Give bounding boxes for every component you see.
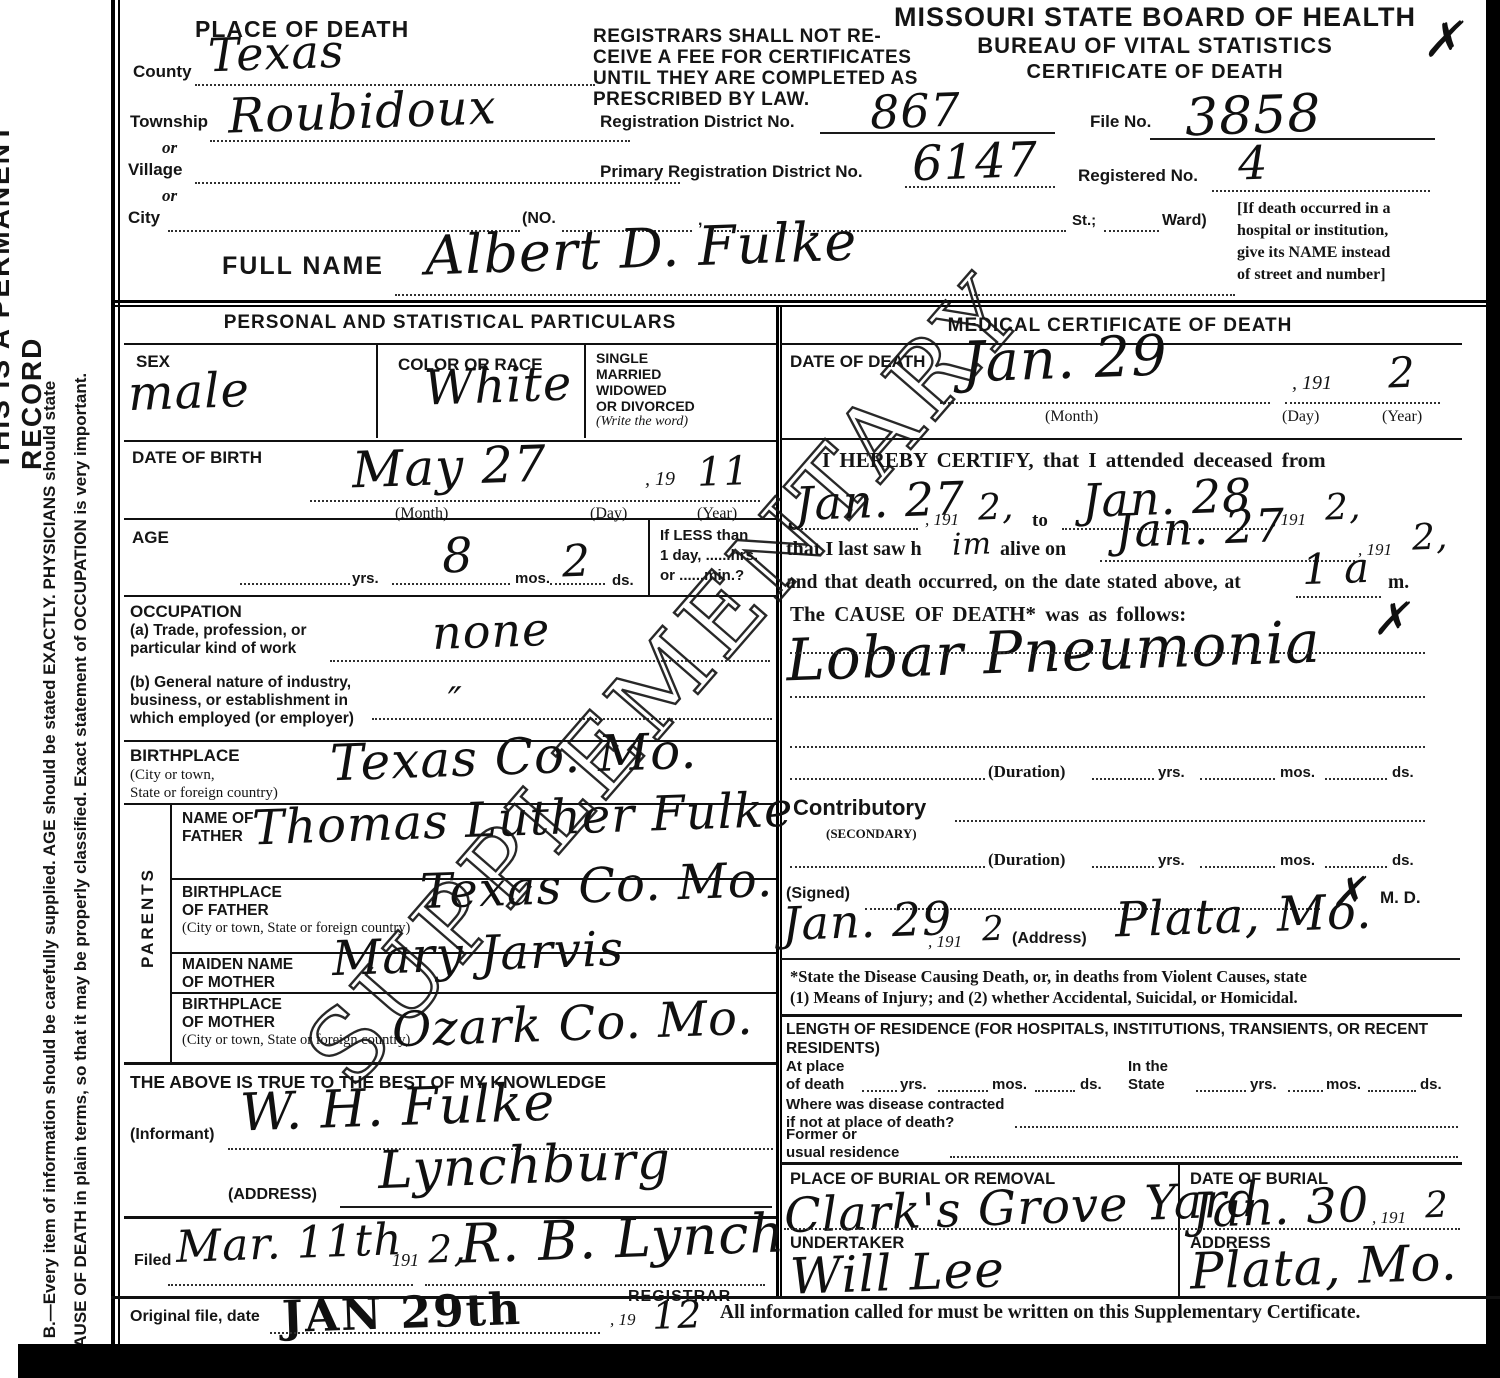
- primary-district-label: Primary Registration District No.: [600, 162, 863, 182]
- atplace-mos-line: [938, 1090, 988, 1092]
- or-label-1: or: [162, 138, 177, 158]
- age-label: AGE: [132, 528, 169, 548]
- signed-address-line: [781, 958, 1460, 960]
- township-value: Roubidoux: [227, 83, 497, 140]
- occupation-b-label: (b) General nature of industry, business…: [130, 674, 354, 728]
- left-double-border: [111, 0, 120, 1344]
- contracted-line: [1015, 1126, 1458, 1128]
- full-name-line: [395, 294, 1235, 296]
- township-line: [210, 140, 630, 142]
- date-of-death-label: DATE OF DEATH: [790, 352, 925, 372]
- signed-address-value: Plata, Mo.: [1114, 888, 1373, 945]
- dob-line: [310, 500, 760, 502]
- death-time-value: 1 a: [1301, 547, 1371, 591]
- rule-burial-top: [781, 1162, 1462, 1165]
- header-separator-rule: [111, 300, 1486, 307]
- at-place-label: At place of death: [786, 1058, 844, 1094]
- margin-note-line2: CAUSE OF DEATH in plain terms, so that i…: [65, 35, 96, 1360]
- certificate-title: CERTIFICATE OF DEATH: [880, 61, 1430, 84]
- county-label: County: [133, 62, 192, 82]
- age-ds-value: 2: [561, 540, 592, 585]
- dod-year-line: [1285, 402, 1440, 404]
- ward-label: Ward): [1162, 212, 1207, 230]
- burial-place-value: Clark's Grove Yard: [783, 1176, 1259, 1241]
- color-marital-divider: [584, 345, 586, 438]
- duration2-yrs-label: yrs.: [1158, 852, 1185, 869]
- village-label: Village: [128, 160, 183, 180]
- cause-check-mark: ✗: [1371, 597, 1410, 642]
- village-line: [195, 182, 680, 184]
- age-mos-value: 8: [441, 531, 474, 580]
- full-name-value: Albert D. Fulke: [424, 214, 858, 283]
- primary-district-value: 6147: [911, 136, 1039, 188]
- registered-no-label: Registered No.: [1078, 166, 1198, 186]
- duration1-yrs-label: yrs.: [1158, 764, 1185, 781]
- duration1-label: (Duration): [988, 762, 1065, 782]
- file-no-line: [1150, 138, 1435, 140]
- dob-year-hw: 11: [696, 451, 750, 493]
- burial-year-hw: 2: [1424, 1188, 1449, 1225]
- last-saw-value: Jan. 27: [1114, 502, 1286, 554]
- md-label: M. D.: [1380, 888, 1421, 908]
- atplace-yrs-label: yrs.: [900, 1076, 927, 1093]
- atplace-ds-label: ds.: [1080, 1076, 1102, 1093]
- filed-line: [168, 1284, 413, 1286]
- bureau-title: BUREAU OF VITAL STATISTICS: [880, 33, 1430, 59]
- signed-address-label: (Address): [1012, 930, 1087, 948]
- undertaker-address-value: Plata, Mo.: [1189, 1237, 1458, 1296]
- m-label: m.: [1388, 572, 1409, 594]
- instate-ds-line: [1368, 1090, 1416, 1092]
- township-label: Township: [130, 112, 208, 132]
- marital-status-label: SINGLE MARRIED WIDOWED OR DIVORCED: [596, 350, 695, 414]
- duration2-ds-label: ds.: [1392, 852, 1414, 869]
- death-certificate-page: THIS IS A PERMANENT RECORD N. B.—Every i…: [0, 0, 1500, 1378]
- father-birthplace-label: BIRTHPLACE OF FATHER: [182, 884, 282, 920]
- filed-label: Filed: [134, 1252, 171, 1270]
- secondary-label: (SECONDARY): [826, 826, 917, 842]
- father-name-value: Thomas Luther Fulke: [251, 786, 794, 853]
- registrar-signature: R. B. Lynch: [459, 1206, 786, 1271]
- hospital-instruction-note: [If death occurred in a hospital or inst…: [1237, 198, 1432, 286]
- burial-row-line: [784, 1228, 1460, 1230]
- personal-section-title: PERSONAL AND STATISTICAL PARTICULARS: [130, 312, 770, 334]
- birthplace-label: BIRTHPLACE: [130, 746, 240, 766]
- occupation-a-line: [330, 660, 770, 662]
- primary-district-line: [905, 186, 1055, 188]
- board-title: MISSOURI STATE BOARD OF HEALTH: [880, 2, 1430, 33]
- residence-title: LENGTH OF RESIDENCE (FOR HOSPITALS, INST…: [786, 1020, 1458, 1058]
- age-box-divider: [648, 520, 650, 595]
- instate-yrs-label: yrs.: [1250, 1076, 1277, 1093]
- duration2-label: (Duration): [988, 850, 1065, 870]
- original-year-hw: 12: [651, 1295, 703, 1335]
- occupation-b-value: ″: [447, 682, 464, 721]
- filed-year-printed: 191: [392, 1250, 419, 1271]
- rule-truth-top: [124, 1062, 776, 1065]
- instate-ds-label: ds.: [1420, 1076, 1442, 1093]
- occupation-a-value: none: [431, 606, 551, 656]
- original-year-printed: , 19: [610, 1310, 636, 1330]
- informant-value: W. H. Fulke: [239, 1077, 556, 1140]
- rule-age-top: [124, 518, 776, 520]
- duration1-ds-label: ds.: [1392, 764, 1414, 781]
- birthplace-sub-label: (City or town, State or foreign country): [130, 766, 278, 802]
- signed-year-printed: , 191: [928, 932, 962, 952]
- dod-year-printed: , 191: [1292, 372, 1332, 395]
- city-label: City: [128, 208, 160, 228]
- duration2-yrs-line: [1092, 866, 1154, 868]
- duration1-ds-line: [1325, 778, 1387, 780]
- registered-no-value: 4: [1237, 139, 1269, 186]
- occupation-a-label: (a) Trade, profession, or particular kin…: [130, 622, 307, 658]
- sex-value: male: [127, 366, 250, 418]
- mother-name-value: Mary Jarvis: [331, 925, 624, 983]
- dob-day-caption: (Day): [590, 505, 627, 523]
- registered-no-line: [1212, 190, 1430, 192]
- last-saw-hw: im: [951, 529, 992, 560]
- dob-month-caption: (Month): [395, 505, 448, 523]
- from-year-hw: 2,: [977, 489, 1015, 526]
- age-yrs-line: [240, 583, 350, 585]
- dod-year-caption: (Year): [1382, 408, 1422, 426]
- instate-mos-line: [1288, 1090, 1323, 1092]
- duration2-mos-label: mos.: [1280, 852, 1315, 869]
- color-race-value: White: [423, 359, 573, 412]
- from-line: [790, 528, 918, 530]
- dod-year-hw: 2: [1387, 352, 1416, 395]
- mother-birthplace-label: BIRTHPLACE OF MOTHER: [182, 996, 282, 1032]
- informant-address-label: (ADDRESS): [228, 1186, 317, 1204]
- burial-year-printed: , 191: [1372, 1208, 1406, 1228]
- instate-yrs-line: [1196, 1090, 1246, 1092]
- duration1-lead-line: [790, 778, 985, 780]
- last-saw-post: alive on: [1000, 538, 1066, 561]
- ward-line: [1104, 230, 1159, 232]
- cause-line-1: [790, 652, 1425, 654]
- atplace-yrs-line: [862, 1090, 897, 1092]
- age-mos-label: mos.: [515, 570, 550, 587]
- dob-value: May 27: [351, 439, 547, 496]
- burial-date-value: Jan. 30: [1191, 1181, 1370, 1235]
- atplace-ds-line: [1035, 1090, 1075, 1092]
- informant-label: (Informant): [130, 1126, 214, 1144]
- dob-year-caption: (Year): [697, 505, 737, 523]
- margin-note-line1: N. B.—Every item of information should b…: [34, 35, 65, 1360]
- contributory-line: [955, 820, 1425, 822]
- age-yrs-label: yrs.: [352, 570, 379, 587]
- original-file-label: Original file, date: [130, 1308, 260, 1326]
- death-time-line: [1296, 596, 1381, 598]
- mother-birthplace-sub: (City or town, State or foreign country): [182, 1032, 410, 1049]
- age-ds-label: ds.: [612, 572, 634, 589]
- cause-instruction-note: *State the Disease Causing Death, or, in…: [790, 966, 1455, 1008]
- stray-pen-mark: ✗: [1421, 15, 1464, 64]
- duration1-mos-label: mos.: [1280, 764, 1315, 781]
- duration2-mos-line: [1200, 866, 1275, 868]
- death-occurred-text: and that death occurred, on the date sta…: [786, 572, 1241, 594]
- signed-year-hw: 2: [981, 912, 1005, 947]
- dod-day-caption: (Day): [1282, 408, 1319, 426]
- age-less-than-note: If LESS than 1 day, ......hrs. or ......…: [660, 526, 780, 586]
- mother-birthplace-value: Ozark Co. Mo.: [391, 994, 754, 1055]
- file-no-label: File No.: [1090, 112, 1151, 132]
- bottom-scan-bar: [18, 1344, 1500, 1378]
- dob-year-printed: , 19: [645, 468, 675, 491]
- last-saw-year-hw: 2,: [1411, 519, 1449, 556]
- rule-personal-top: [124, 343, 776, 345]
- registration-district-value: 867: [869, 86, 961, 135]
- sex-color-divider: [376, 345, 378, 438]
- scan-edge-bar: [1486, 0, 1500, 1344]
- undertaker-value: Will Lee: [789, 1244, 1005, 1301]
- father-name-label: NAME OF FATHER: [182, 810, 253, 846]
- in-state-label: In the State: [1128, 1058, 1168, 1094]
- dod-month-caption: (Month): [1045, 408, 1098, 426]
- date-of-death-value: Jan. 29: [961, 328, 1169, 391]
- informant-address-value: Lynchburg: [377, 1135, 672, 1197]
- margin-note-block: N. B.—Every item of information should b…: [34, 35, 96, 1360]
- cause-line-3: [790, 746, 1425, 748]
- cause-of-death-value: Lobar Pneumonia: [785, 613, 1321, 690]
- duration1-mos-line: [1200, 778, 1275, 780]
- dod-line: [940, 402, 1270, 404]
- cause-line-2: [790, 696, 1425, 698]
- mother-name-label: MAIDEN NAME OF MOTHER: [182, 956, 293, 992]
- rule-occupation-top: [124, 595, 776, 597]
- former-residence-label: Former or usual residence: [786, 1126, 899, 1162]
- duration2-lead-line: [790, 866, 985, 868]
- st-label: St.;: [1072, 212, 1096, 229]
- contributory-label: Contributory: [793, 795, 926, 821]
- or-label-2: or: [162, 186, 177, 206]
- duration1-yrs-line: [1092, 778, 1154, 780]
- birthplace-value: Texas Co. Mo.: [329, 726, 698, 789]
- marital-status-sub: (Write the word): [596, 414, 688, 430]
- original-file-line: [270, 1332, 600, 1334]
- rule-certify-top: [781, 438, 1462, 440]
- atplace-mos-label: mos.: [992, 1076, 1027, 1093]
- filed-date-value: Mar. 11th: [175, 1218, 403, 1270]
- instate-mos-label: mos.: [1326, 1076, 1361, 1093]
- occupation-label: OCCUPATION: [130, 602, 242, 622]
- last-saw-pre: that I last saw h: [786, 538, 922, 561]
- full-name-label: FULL NAME: [222, 252, 384, 281]
- rule-residence-top: [781, 1014, 1462, 1017]
- county-value: Texas: [207, 28, 345, 79]
- former-residence-line: [950, 1156, 1458, 1158]
- parents-inner-divider: [170, 803, 172, 1062]
- supplementary-note: All information called for must be writt…: [720, 1302, 1465, 1324]
- parents-vertical-label: PARENTS: [138, 820, 158, 1015]
- to-label: to: [1032, 510, 1048, 532]
- occupation-b-line: [372, 718, 772, 720]
- to-year-hw: 2,: [1324, 489, 1362, 526]
- father-birthplace-value: Texas Co. Mo.: [419, 856, 773, 916]
- dob-label: DATE OF BIRTH: [132, 448, 262, 468]
- registration-district-label: Registration District No.: [600, 112, 795, 132]
